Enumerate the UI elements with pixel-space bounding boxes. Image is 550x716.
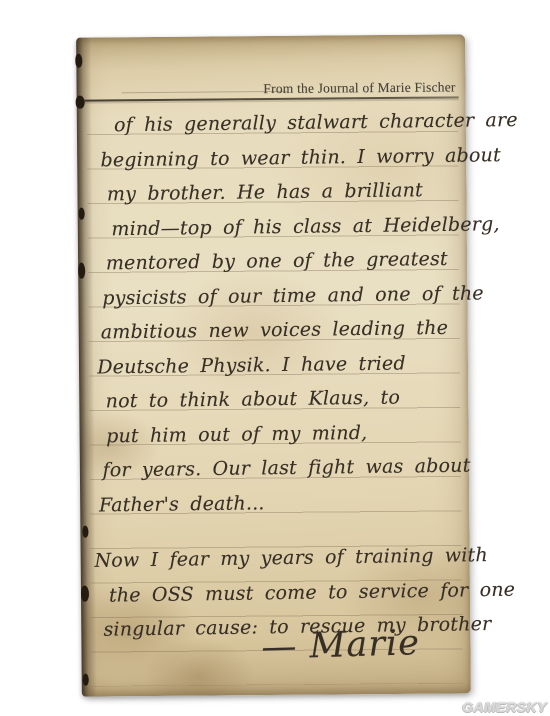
binding-tear bbox=[75, 54, 82, 68]
binding-tear bbox=[82, 526, 88, 538]
journal-line: Now I fear my years of training with bbox=[94, 538, 515, 579]
journal-line: not to think about Klaus, to bbox=[105, 379, 521, 419]
binding-tear bbox=[78, 263, 85, 279]
journal-line: Deutsche Physik. I have tried bbox=[97, 344, 521, 384]
journal-page: From the Journal of Marie Fischer of his… bbox=[76, 34, 471, 696]
signature-marie: — Marie bbox=[261, 623, 421, 668]
journal-header-title: From the Journal of Marie Fischer bbox=[263, 79, 455, 97]
watermark-gamersky: GAMERSKY bbox=[462, 699, 547, 715]
binding-tear bbox=[81, 586, 89, 602]
journal-line: beginning to wear thin. I worry about bbox=[100, 137, 518, 177]
screenshot-canvas: From the Journal of Marie Fischer of his… bbox=[0, 0, 550, 716]
journal-line: ambitious new voices leading the bbox=[101, 310, 521, 350]
journal-line: Father's death... bbox=[99, 482, 523, 522]
journal-line: mentored by one of the greatest bbox=[106, 241, 520, 281]
journal-line: my brother. He has a brilliant bbox=[107, 172, 519, 212]
binding-tear bbox=[83, 674, 89, 686]
binding-tear bbox=[76, 96, 85, 109]
header-scratch-line bbox=[122, 91, 287, 93]
journal-line: mind—top of his class at Heidelberg, bbox=[111, 206, 519, 246]
journal-line: put him out of my mind, bbox=[106, 413, 522, 453]
journal-line: for years. Our last fight was about bbox=[102, 448, 522, 488]
binding-tear bbox=[79, 208, 85, 220]
journal-line: of his generally stalwart character are bbox=[114, 103, 518, 143]
journal-paragraph-1: of his generally stalwart character are … bbox=[94, 103, 523, 523]
journal-line: pysicists of our time and one of the bbox=[102, 275, 520, 315]
